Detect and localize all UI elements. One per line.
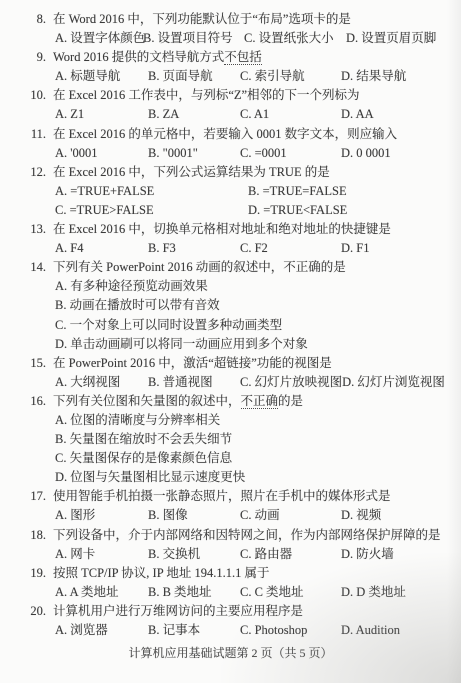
question-stem: 16.下列有关位图和矢量图的叙述中，不正确的是 — [20, 392, 455, 411]
stem-text: 下列有关 PowerPoint 2016 动画的叙述中，不正确的是 — [53, 260, 346, 274]
stem-text: Word 2016 提供的文档导航方式 — [53, 50, 224, 64]
option: B. ZA — [148, 105, 240, 124]
question-stem: 14.下列有关 PowerPoint 2016 动画的叙述中，不正确的是 — [20, 258, 455, 277]
stem-text: 计算机用户进行万维网访问的主要应用程序是 — [53, 604, 303, 618]
option: B. 记事本 — [148, 621, 240, 640]
option: B. =TRUE=FALSE — [248, 182, 455, 201]
option: D. 结果导航 — [341, 67, 455, 86]
option: B. 矢量图在缩放时不会丢失细节 — [55, 430, 455, 449]
option: A. 有多种途径预览动画效果 — [55, 277, 455, 296]
option-row: A. 图形B. 图像C. 动画D. 视频 — [55, 506, 455, 525]
question-number: 12. — [20, 163, 53, 182]
stem-text: 在 Excel 2016 工作表中，与列标“Z”相邻的下一个列标为 — [53, 88, 360, 102]
stem-text: 在 PowerPoint 2016 中，激活“超链接”功能的视图是 — [53, 356, 332, 370]
option: C. A1 — [240, 105, 341, 124]
option: B. F3 — [148, 239, 240, 258]
option: C. =TRUE>FALSE — [55, 201, 248, 220]
option: D. AA — [341, 105, 455, 124]
option: D. 0 0001 — [341, 144, 455, 163]
option: C. 索引导航 — [240, 67, 341, 86]
question-number: 11. — [20, 125, 53, 144]
question-item: 12.在 Excel 2016 中，下列公式运算结果为 TRUE 的是A. =T… — [20, 163, 455, 220]
stem-emphasis: 不正确 — [241, 394, 279, 409]
question-stem: 17.使用智能手机拍摄一张静态照片，照片在手机中的媒体形式是 — [20, 487, 455, 506]
option: C. Photoshop — [240, 621, 341, 640]
question-stem: 18.下列设备中，介于内部网络和因特网之间，作为内部网络保护屏障的是 — [20, 526, 455, 545]
exam-page: 8.在 Word 2016 中，下列功能默认位于“布局”选项卡的是A. 设置字体… — [0, 0, 461, 683]
question-item: 13.在 Excel 2016 中，切换单元格相对地址和绝对地址的快捷键是A. … — [20, 220, 455, 258]
option: B. 普通视图 — [148, 373, 240, 392]
option-row: A. =TRUE+FALSEB. =TRUE=FALSE — [55, 182, 455, 201]
stem-text: 下列有关位图和矢量图的叙述中， — [53, 394, 241, 408]
question-item: 20.计算机用户进行万维网访问的主要应用程序是A. 浏览器B. 记事本C. Ph… — [20, 602, 455, 640]
option: D. 单击动画刷可以将同一动画应用到多个对象 — [55, 335, 455, 354]
option: A. 图形 — [55, 506, 148, 525]
option: D. 防火墙 — [341, 545, 455, 564]
option: C. C 类地址 — [240, 583, 341, 602]
option: B. "0001" — [148, 144, 240, 163]
option: D. D 类地址 — [341, 583, 455, 602]
option: A. 网卡 — [55, 545, 148, 564]
option: D. =TRUE<FALSE — [248, 201, 455, 220]
question-stem: 9.Word 2016 提供的文档导航方式不包括 — [20, 48, 455, 67]
question-item: 8.在 Word 2016 中，下列功能默认位于“布局”选项卡的是A. 设置字体… — [20, 10, 455, 48]
option-row: A. 浏览器B. 记事本C. PhotoshopD. Audition — [55, 621, 455, 640]
option-row: A. 标题导航B. 页面导航C. 索引导航D. 结果导航 — [55, 67, 455, 86]
option: A. F4 — [55, 239, 148, 258]
option: A. 标题导航 — [55, 67, 148, 86]
option: B. 页面导航 — [148, 67, 240, 86]
question-stem: 15.在 PowerPoint 2016 中，激活“超链接”功能的视图是 — [20, 354, 455, 373]
question-list: 8.在 Word 2016 中，下列功能默认位于“布局”选项卡的是A. 设置字体… — [0, 0, 461, 640]
option: D. 位图与矢量图相比显示速度更快 — [55, 468, 455, 487]
option: C. 幻灯片放映视图 — [240, 373, 342, 392]
option: B. 动画在播放时可以带有音效 — [55, 296, 455, 315]
question-stem: 10.在 Excel 2016 工作表中，与列标“Z”相邻的下一个列标为 — [20, 86, 455, 105]
option: B. B 类地址 — [148, 583, 240, 602]
stem-text: 下列设备中，介于内部网络和因特网之间，作为内部网络保护屏障的是 — [53, 528, 441, 542]
question-number: 20. — [20, 602, 53, 621]
stem-text: 在 Word 2016 中，下列功能默认位于“布局”选项卡的是 — [53, 12, 351, 26]
option-row: A. A 类地址B. B 类地址C. C 类地址D. D 类地址 — [55, 583, 455, 602]
question-stem: 20.计算机用户进行万维网访问的主要应用程序是 — [20, 602, 455, 621]
stem-text: 在 Excel 2016 中，下列公式运算结果为 TRUE 的是 — [53, 165, 330, 179]
question-number: 14. — [20, 258, 53, 277]
option: B. 设置项目符号 — [143, 29, 244, 48]
page-footer: 计算机应用基础试题第 2 页（共 5 页） — [0, 644, 461, 661]
question-number: 9. — [20, 48, 53, 67]
option-row: A. Z1B. ZAC. A1D. AA — [55, 105, 455, 124]
question-stem: 12.在 Excel 2016 中，下列公式运算结果为 TRUE 的是 — [20, 163, 455, 182]
stem-text: 在 Excel 2016 中，切换单元格相对地址和绝对地址的快捷键是 — [53, 222, 391, 236]
question-stem: 11.在 Excel 2016 的单元格中，若要输入 0001 数字文本，则应输… — [20, 125, 455, 144]
option-row: A. F4B. F3C. F2D. F1 — [55, 239, 455, 258]
stem-emphasis: 不包括 — [224, 50, 262, 65]
option: D. F1 — [341, 239, 455, 258]
option: C. F2 — [240, 239, 341, 258]
question-item: 14.下列有关 PowerPoint 2016 动画的叙述中，不正确的是A. 有… — [20, 258, 455, 353]
option: C. 动画 — [240, 506, 341, 525]
option-row: A. 网卡B. 交换机C. 路由器D. 防火墙 — [55, 545, 455, 564]
question-number: 8. — [20, 10, 53, 29]
option: B. 交换机 — [148, 545, 240, 564]
question-item: 10.在 Excel 2016 工作表中，与列标“Z”相邻的下一个列标为A. Z… — [20, 86, 455, 124]
option: A. 浏览器 — [55, 621, 148, 640]
option: C. =0001 — [240, 144, 341, 163]
option-row: A. 大纲视图B. 普通视图C. 幻灯片放映视图D. 幻灯片浏览视图 — [55, 373, 455, 392]
option: A. 位图的清晰度与分辨率相关 — [55, 411, 455, 430]
option: A. '0001 — [55, 144, 148, 163]
option: B. 图像 — [148, 506, 240, 525]
question-number: 17. — [20, 487, 53, 506]
stem-text: 按照 TCP/IP 协议, IP 地址 194.1.1.1 属于 — [53, 566, 269, 580]
option: D. 幻灯片浏览视图 — [342, 373, 455, 392]
option: C. 一个对象上可以同时设置多种动画类型 — [55, 316, 455, 335]
question-item: 19.按照 TCP/IP 协议, IP 地址 194.1.1.1 属于A. A … — [20, 564, 455, 602]
option: A. =TRUE+FALSE — [55, 182, 248, 201]
question-item: 15.在 PowerPoint 2016 中，激活“超链接”功能的视图是A. 大… — [20, 354, 455, 392]
question-item: 17.使用智能手机拍摄一张静态照片，照片在手机中的媒体形式是A. 图形B. 图像… — [20, 487, 455, 525]
question-stem: 13.在 Excel 2016 中，切换单元格相对地址和绝对地址的快捷键是 — [20, 220, 455, 239]
option: C. 设置纸张大小 — [244, 29, 346, 48]
option-row: C. =TRUE>FALSED. =TRUE<FALSE — [55, 201, 455, 220]
question-number: 15. — [20, 354, 53, 373]
option: D. Audition — [341, 621, 455, 640]
question-item: 11.在 Excel 2016 的单元格中，若要输入 0001 数字文本，则应输… — [20, 125, 455, 163]
option: D. 设置页眉页脚 — [346, 29, 455, 48]
question-stem: 19.按照 TCP/IP 协议, IP 地址 194.1.1.1 属于 — [20, 564, 455, 583]
question-number: 16. — [20, 392, 53, 411]
option: C. 矢量图保存的是像素颜色信息 — [55, 449, 455, 468]
option-row: A. '0001B. "0001"C. =0001D. 0 0001 — [55, 144, 455, 163]
question-number: 18. — [20, 526, 53, 545]
question-number: 19. — [20, 564, 53, 583]
stem-text: 使用智能手机拍摄一张静态照片，照片在手机中的媒体形式是 — [53, 489, 391, 503]
option: C. 路由器 — [240, 545, 341, 564]
question-number: 10. — [20, 86, 53, 105]
option: A. 设置字体颜色 — [55, 29, 143, 48]
option: A. 大纲视图 — [55, 373, 148, 392]
option: D. 视频 — [341, 506, 455, 525]
option-row: A. 设置字体颜色B. 设置项目符号C. 设置纸张大小D. 设置页眉页脚 — [55, 29, 455, 48]
option: A. A 类地址 — [55, 583, 148, 602]
option: A. Z1 — [55, 105, 148, 124]
question-item: 16.下列有关位图和矢量图的叙述中，不正确的是A. 位图的清晰度与分辨率相关B.… — [20, 392, 455, 487]
question-item: 18.下列设备中，介于内部网络和因特网之间，作为内部网络保护屏障的是A. 网卡B… — [20, 526, 455, 564]
question-item: 9.Word 2016 提供的文档导航方式不包括A. 标题导航B. 页面导航C.… — [20, 48, 455, 86]
stem-text: 的是 — [278, 394, 303, 408]
stem-text: 在 Excel 2016 的单元格中，若要输入 0001 数字文本，则应输入 — [53, 127, 397, 141]
question-stem: 8.在 Word 2016 中，下列功能默认位于“布局”选项卡的是 — [20, 10, 455, 29]
question-number: 13. — [20, 220, 53, 239]
